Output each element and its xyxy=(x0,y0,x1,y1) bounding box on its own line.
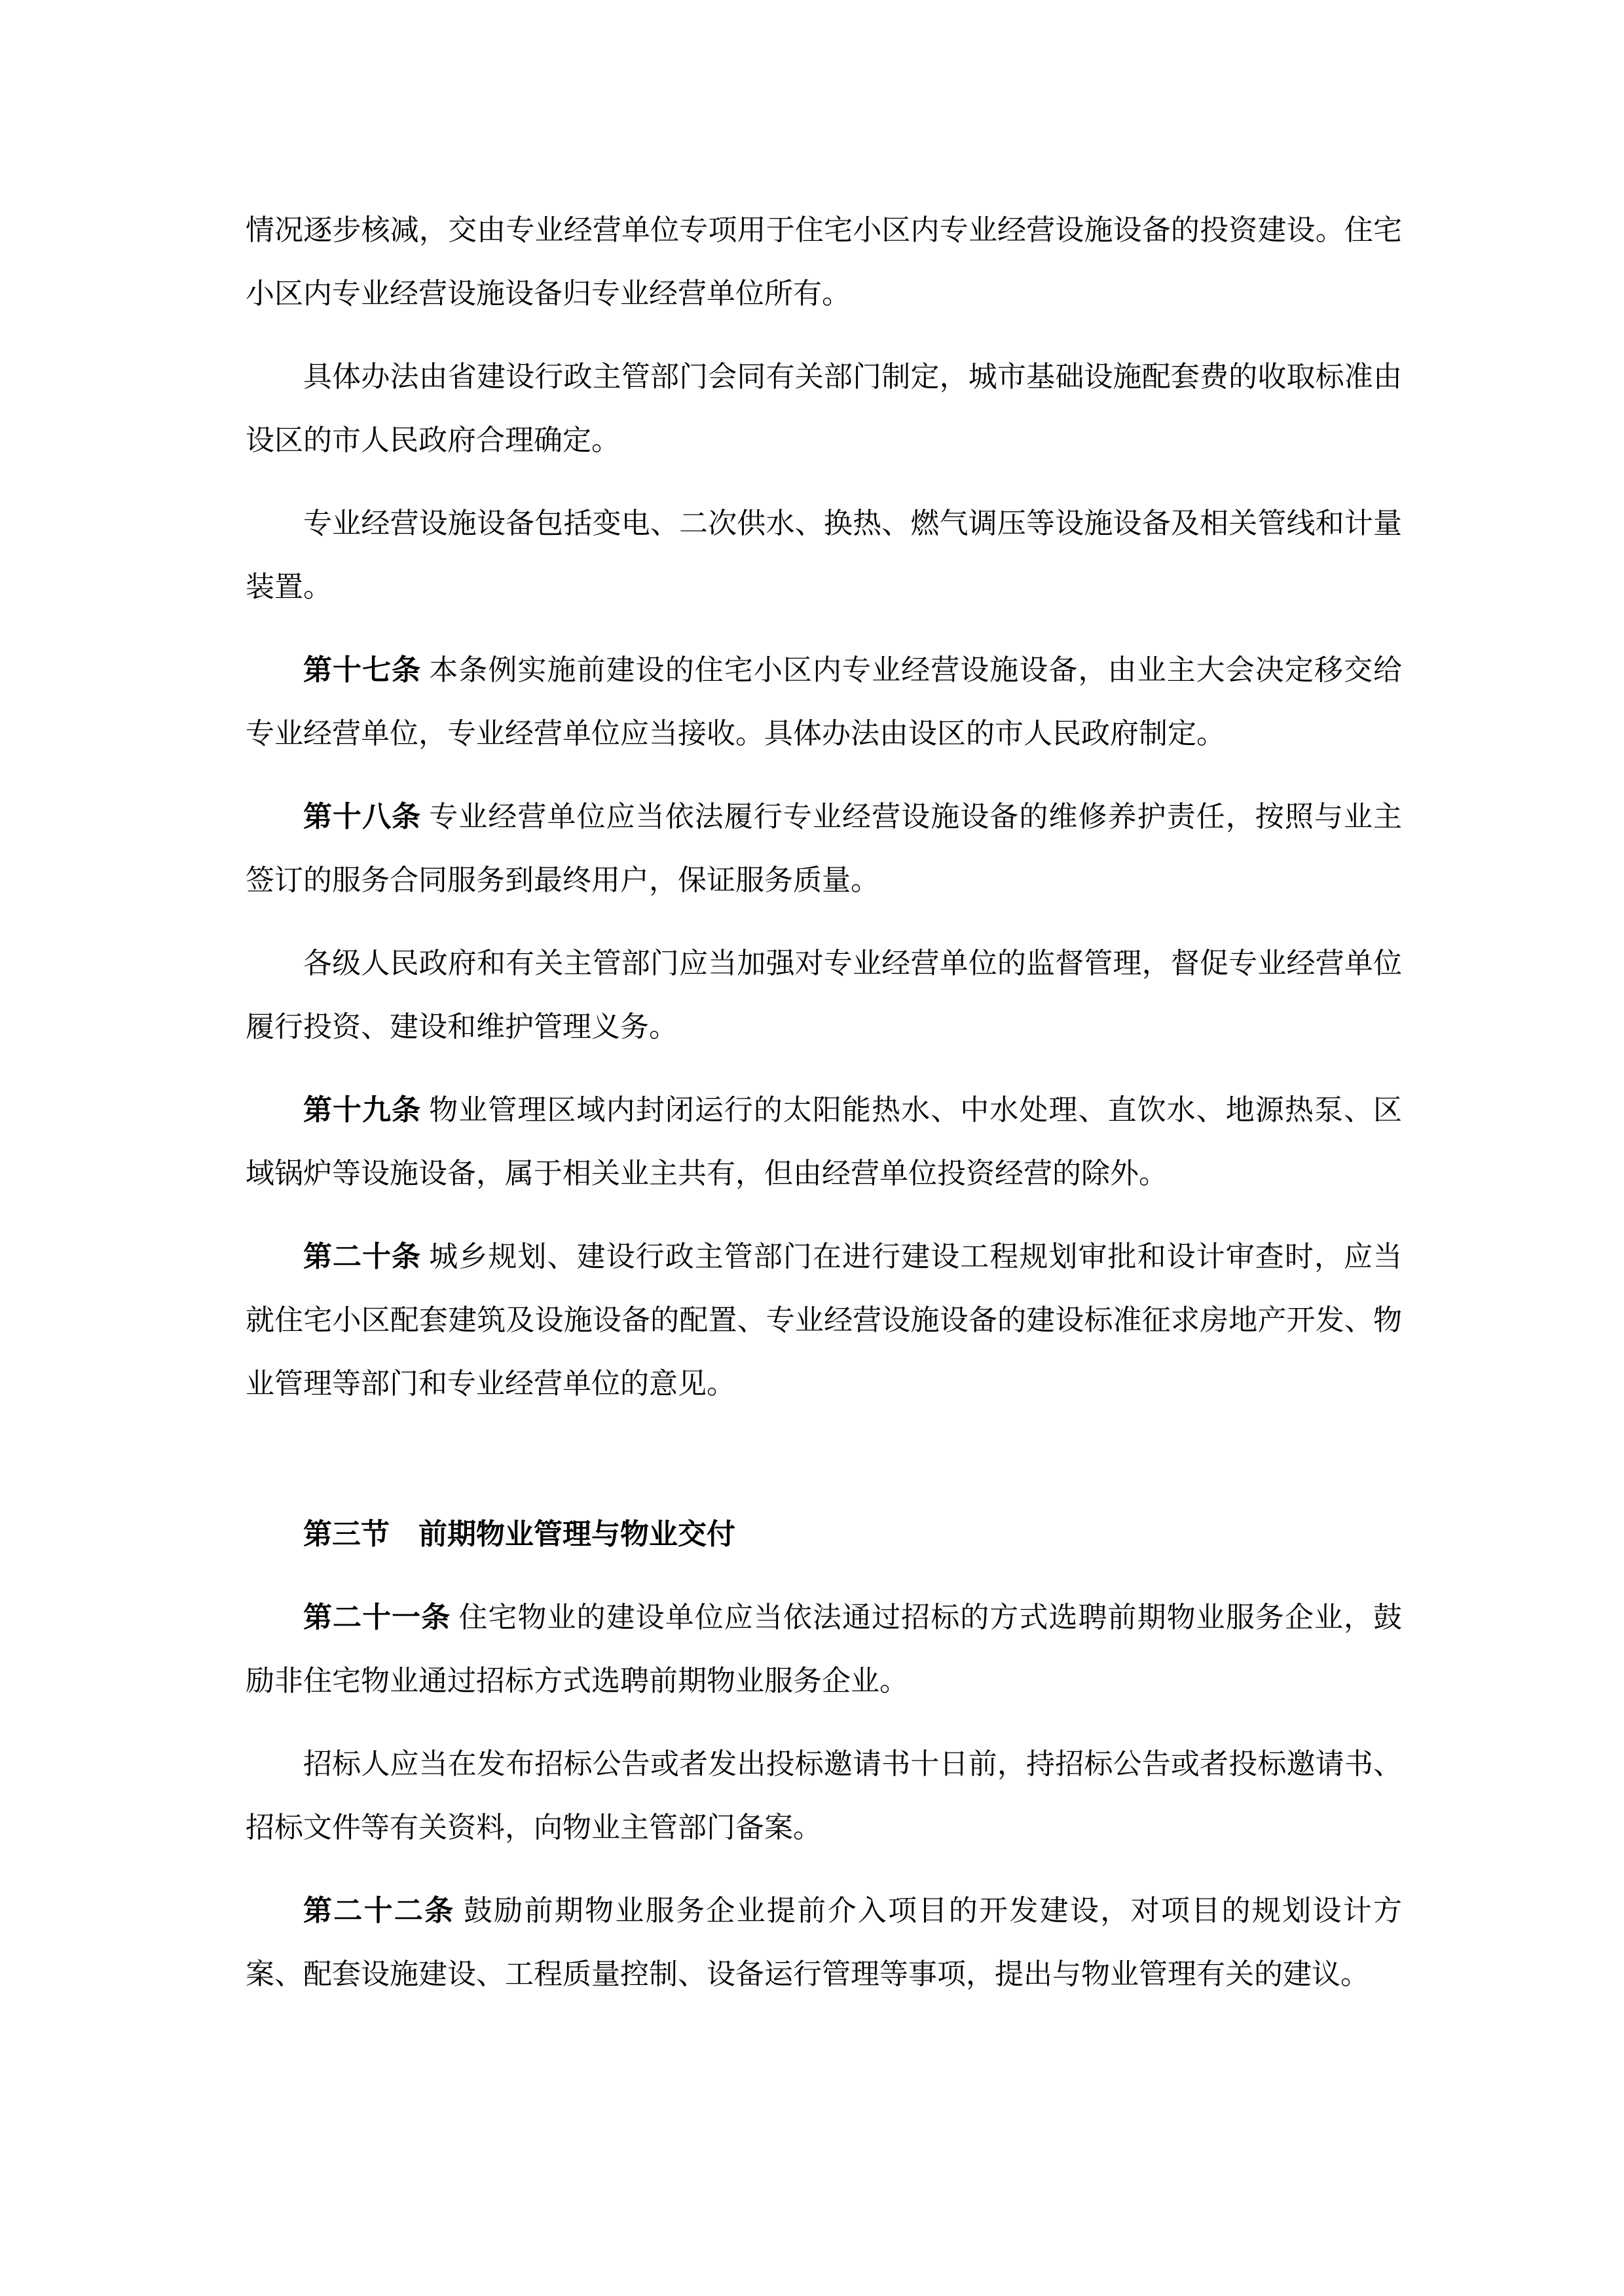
article-17-paragraph: 第十七条 本条例实施前建设的住宅小区内专业经营设施设备，由业主大会决定移交给专业… xyxy=(246,638,1402,765)
paragraph-text: 专业经营设施设备包括变电、二次供水、换热、燃气调压等设施设备及相关管线和计量装置… xyxy=(246,507,1402,603)
paragraph-text: 各级人民政府和有关主管部门应当加强对专业经营单位的监督管理，督促专业经营单位履行… xyxy=(246,947,1402,1043)
body-paragraph: 具体办法由省建设行政主管部门会同有关部门制定，城市基础设施配套费的收取标准由设区… xyxy=(246,345,1402,472)
article-22-paragraph: 第二十二条 鼓励前期物业服务企业提前介入项目的开发建设，对项目的规划设计方案、配… xyxy=(246,1879,1402,2006)
body-paragraph: 各级人民政府和有关主管部门应当加强对专业经营单位的监督管理，督促专业经营单位履行… xyxy=(246,932,1402,1059)
paragraph-text: 情况逐步核减，交由专业经营单位专项用于住宅小区内专业经营设施设备的投资建设。住宅… xyxy=(246,214,1402,310)
article-20-paragraph: 第二十条 城乡规划、建设行政主管部门在进行建设工程规划审批和设计审查时，应当就住… xyxy=(246,1225,1402,1415)
section-title: 前期物业管理与物业交付 xyxy=(390,1518,735,1550)
section-heading: 第三节 前期物业管理与物业交付 xyxy=(246,1503,1402,1566)
article-number: 第十七条 xyxy=(303,654,421,686)
body-paragraph: 招标人应当在发布招标公告或者发出投标邀请书十日前，持招标公告或者投标邀请书、招标… xyxy=(246,1732,1402,1859)
continuation-paragraph: 情况逐步核减，交由专业经营单位专项用于住宅小区内专业经营设施设备的投资建设。住宅… xyxy=(246,198,1402,325)
article-number: 第二十一条 xyxy=(303,1601,451,1633)
article-number: 第二十二条 xyxy=(303,1895,455,1927)
paragraph-text: 招标人应当在发布招标公告或者发出投标邀请书十日前，持招标公告或者投标邀请书、招标… xyxy=(246,1748,1402,1844)
article-number: 第二十条 xyxy=(303,1241,421,1273)
article-19-paragraph: 第十九条 物业管理区域内封闭运行的太阳能热水、中水处理、直饮水、地源热泵、区域锅… xyxy=(246,1078,1402,1205)
section-number: 第三节 xyxy=(303,1518,390,1550)
document-page: 情况逐步核减，交由专业经营单位专项用于住宅小区内专业经营设施设备的投资建设。住宅… xyxy=(0,0,1624,2296)
article-18-paragraph: 第十八条 专业经营单位应当依法履行专业经营设施设备的维修养护责任，按照与业主签订… xyxy=(246,785,1402,912)
article-number: 第十九条 xyxy=(303,1094,421,1126)
paragraph-text: 具体办法由省建设行政主管部门会同有关部门制定，城市基础设施配套费的收取标准由设区… xyxy=(246,361,1402,456)
article-21-paragraph: 第二十一条 住宅物业的建设单位应当依法通过招标的方式选聘前期物业服务企业，鼓励非… xyxy=(246,1586,1402,1713)
body-paragraph: 专业经营设施设备包括变电、二次供水、换热、燃气调压等设施设备及相关管线和计量装置… xyxy=(246,492,1402,619)
article-number: 第十八条 xyxy=(303,801,421,833)
